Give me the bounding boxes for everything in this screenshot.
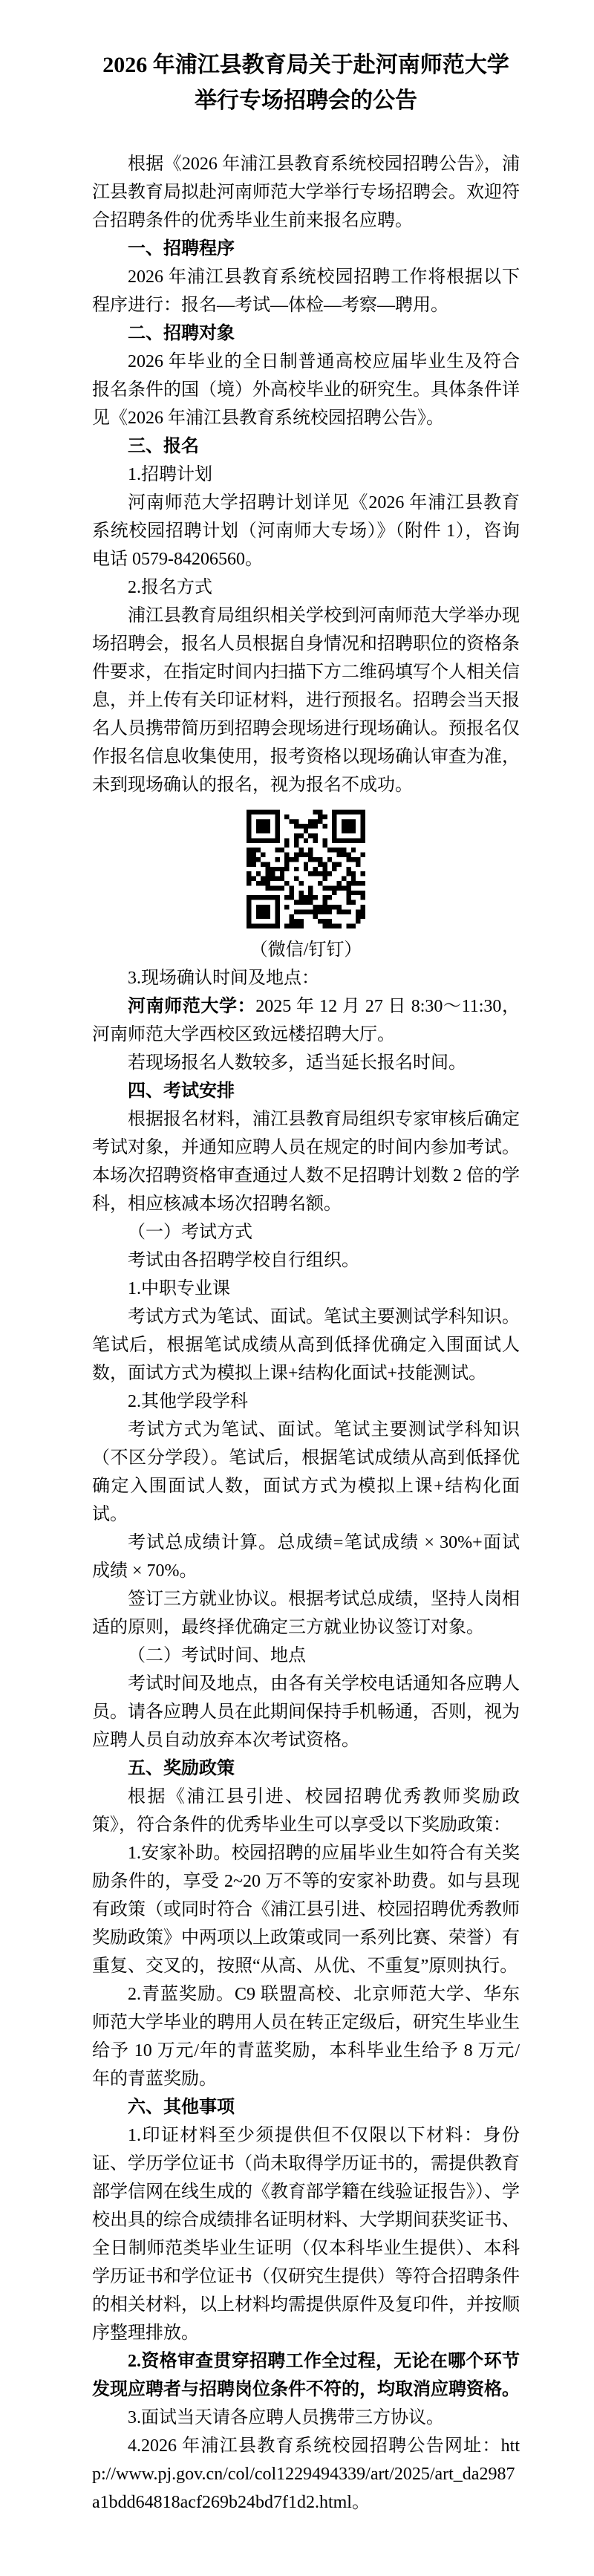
paragraph: 2.青蓝奖励。C9 联盟高校、北京师范大学、华东师范大学毕业的聘用人员在转正定级… <box>92 1980 520 2093</box>
sub-heading: 1.中职专业课 <box>92 1275 520 1303</box>
paragraph: 签订三方就业协议。根据考试总成绩，坚持人岗相适的原则，最终择优确定三方就业协议签… <box>92 1585 520 1642</box>
paragraph: 考试方式为笔试、面试。笔试主要测试学科知识。笔试后，根据笔试成绩从高到低择优确定… <box>92 1303 520 1388</box>
paragraph: 2026 年毕业的全日制普通高校应届毕业生及符合报名条件的国（境）外高校毕业的研… <box>92 348 520 432</box>
section-heading: 四、考试安排 <box>92 1077 520 1105</box>
paragraph: 1.安家补助。校园招聘的应届毕业生如符合有关奖励条件的，享受 2~20 万不等的… <box>92 1839 520 1980</box>
qr-caption: （微信/钉钉） <box>92 936 520 964</box>
document-title: 2026 年浦江县教育局关于赴河南师范大学举行专场招聘会的公告 <box>92 48 520 119</box>
paragraph: 4.2026 年浦江县教育系统校园招聘公告网址：http://www.pj.go… <box>92 2432 520 2517</box>
section-heading: 二、招聘对象 <box>92 319 520 348</box>
section-heading: 三、报名 <box>92 432 520 461</box>
paragraph: 2.资格审查贯穿招聘工作全过程，无论在哪个环节发现应聘者与招聘岗位条件不符的，均… <box>92 2347 520 2404</box>
section-heading: 五、奖励政策 <box>92 1754 520 1783</box>
sub-heading: 1.招聘计划 <box>92 461 520 489</box>
sub-heading: 2.其他学段学科 <box>92 1388 520 1416</box>
registration-qr-code <box>92 810 520 928</box>
paragraph: 考试时间及地点，由各有关学校电话通知各应聘人员。请各应聘人员在此期间保持手机畅通… <box>92 1670 520 1754</box>
paragraph: 考试由各招聘学校自行组织。 <box>92 1246 520 1275</box>
section-heading: 一、招聘程序 <box>92 235 520 263</box>
paragraph: 1.印证材料至少须提供但不仅限以下材料：身份证、学历学位证书（尚未取得学历证书的… <box>92 2121 520 2347</box>
paragraph: 考试方式为笔试、面试。笔试主要测试学科知识（不区分学段）。笔试后，根据笔试成绩从… <box>92 1416 520 1529</box>
paragraph-lead: 河南师范大学： <box>128 996 255 1016</box>
paragraph: 河南师范大学：2025 年 12 月 27 日 8:30～11:30，河南师范大… <box>92 992 520 1049</box>
paragraph: 根据报名材料，浦江县教育局组织专家审核后确定考试对象，并通知应聘人员在规定的时间… <box>92 1105 520 1218</box>
document-title-line: 举行专场招聘会的公告 <box>92 83 520 119</box>
paragraph: 浦江县教育局组织相关学校到河南师范大学举办现场招聘会，报名人员根据自身情况和招聘… <box>92 602 520 799</box>
paragraph: 若现场报名人数较多，适当延长报名时间。 <box>92 1049 520 1077</box>
sub-heading: （一）考试方式 <box>92 1218 520 1246</box>
sub-heading: 3.现场确认时间及地点： <box>92 964 520 992</box>
sub-heading: （二）考试时间、地点 <box>92 1642 520 1670</box>
paragraph: 根据《浦江县引进、校园招聘优秀教师奖励政策》，符合条件的优秀毕业生可以享受以下奖… <box>92 1783 520 1839</box>
paragraph: 考试总成绩计算。总成绩=笔试成绩 × 30%+面试成绩 × 70%。 <box>92 1529 520 1585</box>
paragraph: 根据《2026 年浦江县教育系统校园招聘公告》，浦江县教育局拟赴河南师范大学举行… <box>92 150 520 235</box>
paragraph: 河南师范大学招聘计划详见《2026 年浦江县教育系统校园招聘计划（河南师大专场）… <box>92 489 520 573</box>
section-heading: 六、其他事项 <box>92 2093 520 2121</box>
document-page: 2026 年浦江县教育局关于赴河南师范大学举行专场招聘会的公告根据《2026 年… <box>0 0 594 2576</box>
paragraph: 3.面试当天请各应聘人员携带三方协议。 <box>92 2404 520 2432</box>
sub-heading: 2.报名方式 <box>92 573 520 602</box>
document-title-line: 2026 年浦江县教育局关于赴河南师范大学 <box>92 48 520 83</box>
paragraph: 2026 年浦江县教育系统校园招聘工作将根据以下程序进行：报名—考试—体检—考察… <box>92 263 520 319</box>
